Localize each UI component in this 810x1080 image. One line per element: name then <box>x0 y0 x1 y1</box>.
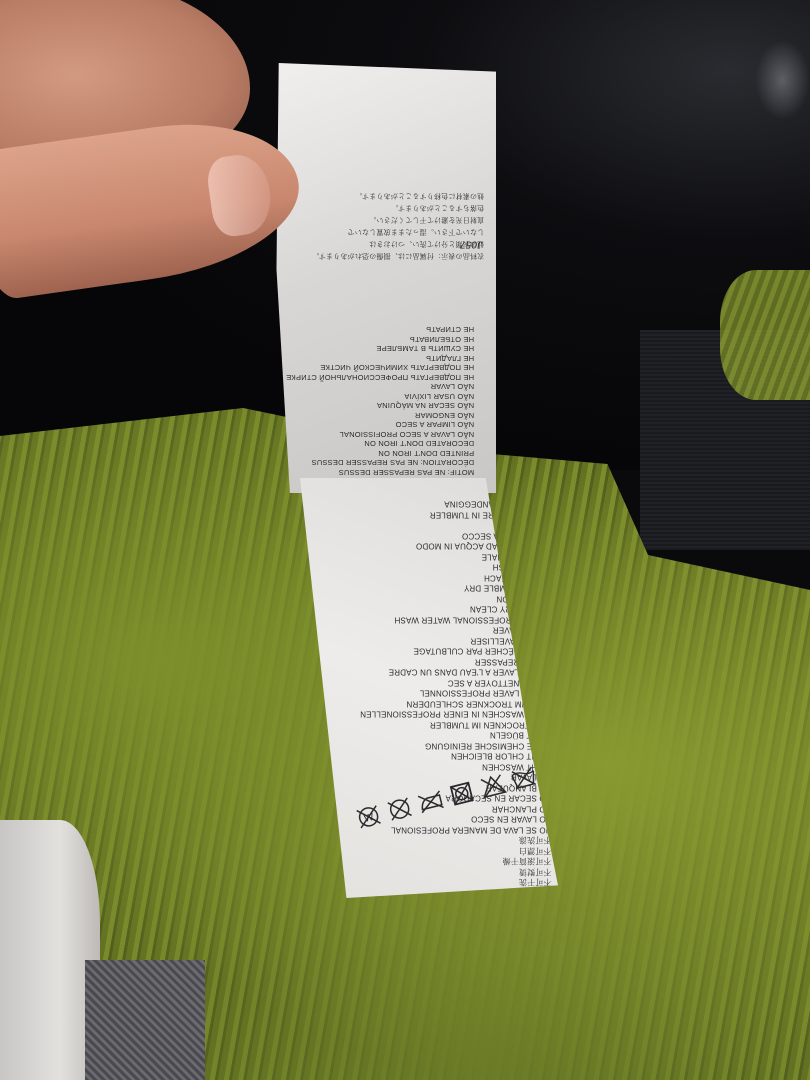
label-line: 直射日光を避けて干してください。 <box>312 213 484 225</box>
label-line: NÃO ENGOMAR <box>286 411 474 421</box>
label-line: HE СТИРАТЬ <box>286 325 474 335</box>
label-line: KEIN TROCKNEN IM TUMBLER <box>360 719 552 730</box>
label-line: HE ПОДВЕРГАТЬ ПРОФЕССИОНАЛЬНОЙ СТИРКЕ <box>286 373 474 383</box>
multilingual-text-block: HE ГЛАДИТЬ ПО ДЕКОРАТИВНЫМ ЭЛЕМЕНТАМ HE … <box>286 325 474 493</box>
label-line: KEINE CHEMISCHE REINIGUNG <box>360 740 552 751</box>
label-line: 色落ちすることがあります。 <box>312 201 484 213</box>
label-line: NICHT CHLOR BLEICHEN <box>360 751 552 762</box>
label-line: 衣料品の表示：付属品には、損傷の恐れがあります。 <box>312 249 484 261</box>
green-fur-edge <box>720 270 810 400</box>
label-line: HE ГЛАДИТЬ <box>286 354 474 364</box>
label-line: NO SE LAVA DE MANERA PROFESIONAL <box>360 824 552 835</box>
label-code: J057 <box>460 239 483 249</box>
label-line: MOTIF: NE PAS REPASSER DESSUS <box>286 468 474 478</box>
label-line: 不可漂白 <box>360 845 552 856</box>
label-line: 不可滚筒干燥 <box>360 856 552 867</box>
label-line: NÃO LAVAR A SECO PROFISSIONAL <box>286 430 474 440</box>
grey-knit-fabric <box>85 960 205 1080</box>
label-line: HE ПОДВЕРГАТЬ ХИМИЧЕСКОЙ ЧИСТКЕ <box>286 363 474 373</box>
hand-holding-label <box>0 0 310 380</box>
label-line: NÃO LIMPAR A SECO <box>286 420 474 430</box>
label-line: NICHT BÜGELN <box>360 730 552 741</box>
label-line: HE ОТБЕЛИВАТЬ <box>286 335 474 345</box>
label-line: 他の素材に色移りすることがあります。 <box>312 189 484 201</box>
label-line: DÉCORATION: NE PAS REPASSER DESSUS <box>286 458 474 468</box>
label-line: DECORATED DON'T IRON ON <box>286 439 474 449</box>
label-line: NÃO USAR LIXÍVIA <box>286 392 474 402</box>
label-line: 他の衣類と分けて洗い、つけおきは <box>312 237 484 249</box>
label-line: PRINTED DON'T IRON ON <box>286 449 474 459</box>
label-line: 不可干洗 <box>360 877 552 888</box>
leather-highlight <box>755 40 810 120</box>
label-line: NICHT WASCHEN IN EINER PROFESSIONELLEN <box>360 709 552 720</box>
label-line: NÃO SECAR NA MÁQUINA <box>286 401 474 411</box>
photo-scene: 衣料品の表示：付属品には、損傷の恐れがあります。 他の衣類と分けて洗い、つけおき… <box>0 0 810 1080</box>
label-line: HE СУШИТЬ В ТАМБЛЕРЕ <box>286 344 474 354</box>
label-line: しないで下さい。湿ったまま放置しないで <box>312 225 484 237</box>
japanese-text-block: 衣料品の表示：付属品には、損傷の恐れがあります。 他の衣類と分けて洗い、つけおき… <box>312 189 484 261</box>
label-line: 不可熨烫 <box>360 866 552 877</box>
label-line: 不可洗涤 <box>360 835 552 846</box>
label-line: NÃO LAVAR <box>286 382 474 392</box>
